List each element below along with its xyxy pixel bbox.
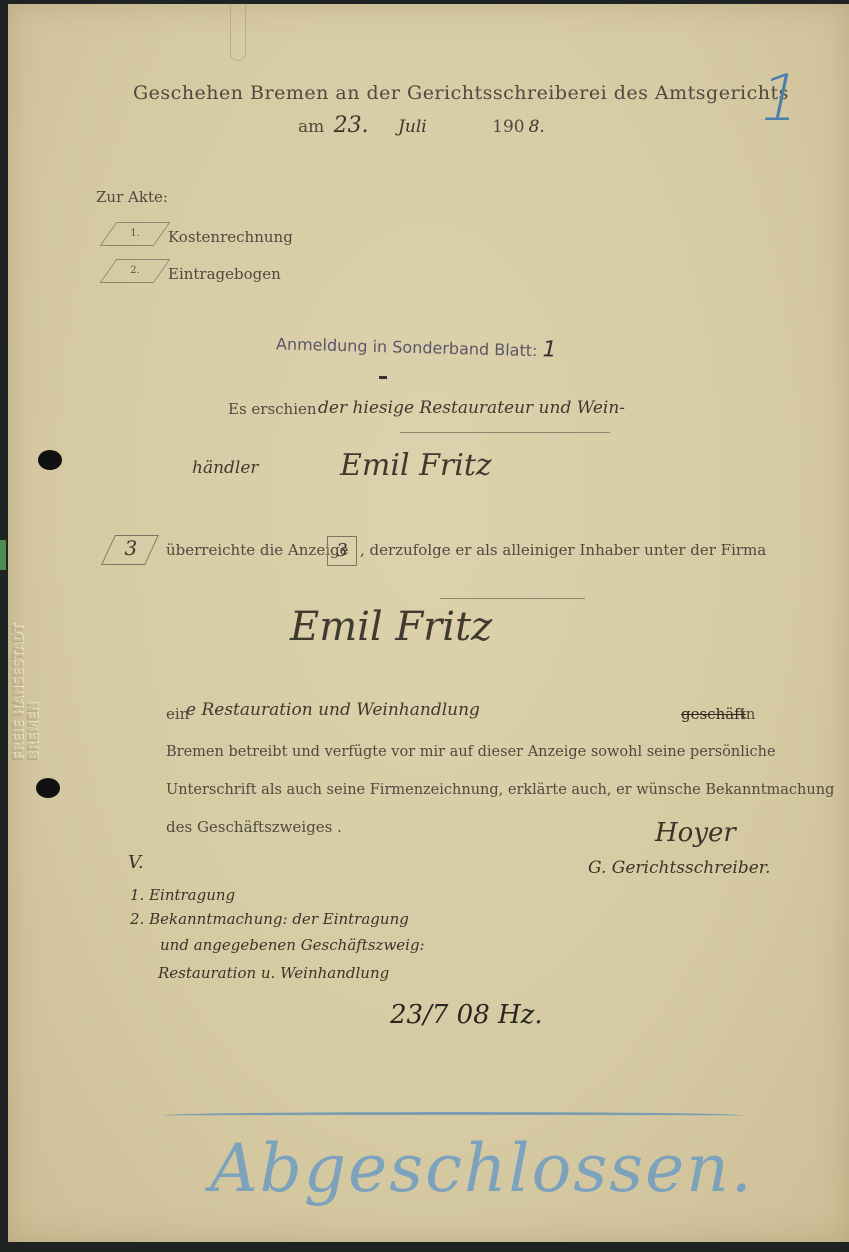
enclosure-box-2: 2. — [100, 259, 171, 283]
note-line-4: Restauration u. Weinhandlung — [158, 964, 389, 982]
struck-word: geschäft — [681, 705, 746, 723]
clerk-title: G. Gerichtsschreiber. — [588, 858, 770, 878]
blue-pencil-rule — [163, 1112, 743, 1119]
enclosure-item-2: Eintragebogen — [168, 265, 281, 283]
business-type-handwritten: e Restauration und Weinhandlung — [186, 700, 480, 720]
appearance-handwritten-line1: der hiesige Restaurateur und Wein- — [318, 398, 625, 418]
submission-box-2: 3 — [327, 536, 357, 566]
firm-name: Emil Fritz — [290, 604, 492, 650]
date-prefix: am — [298, 117, 324, 137]
business-suffix: in — [741, 705, 755, 723]
enclosures-label: Zur Akte: — [96, 188, 168, 206]
date-line: am 23. Juli 1908. — [298, 113, 549, 138]
business-line-4: des Geschäftszweiges . — [166, 818, 342, 836]
submission-text-1: überreichte die Anzeige — [166, 541, 348, 559]
punch-hole-bottom — [36, 778, 60, 798]
business-line-2: Bremen betreibt und verfügte vor mir auf… — [166, 744, 776, 760]
ink-dash — [379, 376, 387, 379]
date-year-suffix: 8. — [529, 117, 545, 137]
clerk-signature: Hoyer — [655, 818, 736, 848]
note-line-3: und angegebenen Geschäftszweig: — [160, 936, 425, 954]
note-line-1: 1. Eintragung — [130, 886, 235, 904]
faint-rule-firm — [440, 598, 585, 599]
punch-hole-top — [38, 450, 62, 470]
document-heading: Geschehen Bremen an der Gerichtsschreibe… — [133, 82, 789, 104]
business-line-3: Unterschrift als auch seine Firmenzeichn… — [166, 782, 834, 798]
notes-marker: V. — [128, 852, 144, 873]
pencil-mark — [230, 4, 246, 61]
enclosure-item-1: Kostenrechnung — [168, 228, 293, 246]
submission-text-2: , derzufolge er als alleiniger Inhaber u… — [360, 541, 766, 559]
note-date-signature: 23/7 08 Hz. — [390, 1000, 543, 1030]
appearance-label: Es erschien — [228, 400, 317, 418]
date-year-prefix: 190 — [492, 117, 524, 137]
person-name: Emil Fritz — [340, 448, 492, 483]
closing-annotation: Abgeschlossen. — [210, 1130, 754, 1207]
note-line-2: 2. Bekanntmachung: der Eintragung — [130, 910, 409, 928]
date-day: 23. — [334, 113, 369, 138]
enclosure-box-1: 1. — [100, 222, 171, 246]
scan-edge-marker — [0, 540, 6, 570]
date-month: Juli — [398, 117, 427, 137]
appearance-handwritten-line2: händler — [192, 458, 259, 478]
margin-emboss-stamp: FREIE HANSESTADT BREMEN — [12, 590, 42, 760]
faint-rule — [400, 432, 610, 433]
